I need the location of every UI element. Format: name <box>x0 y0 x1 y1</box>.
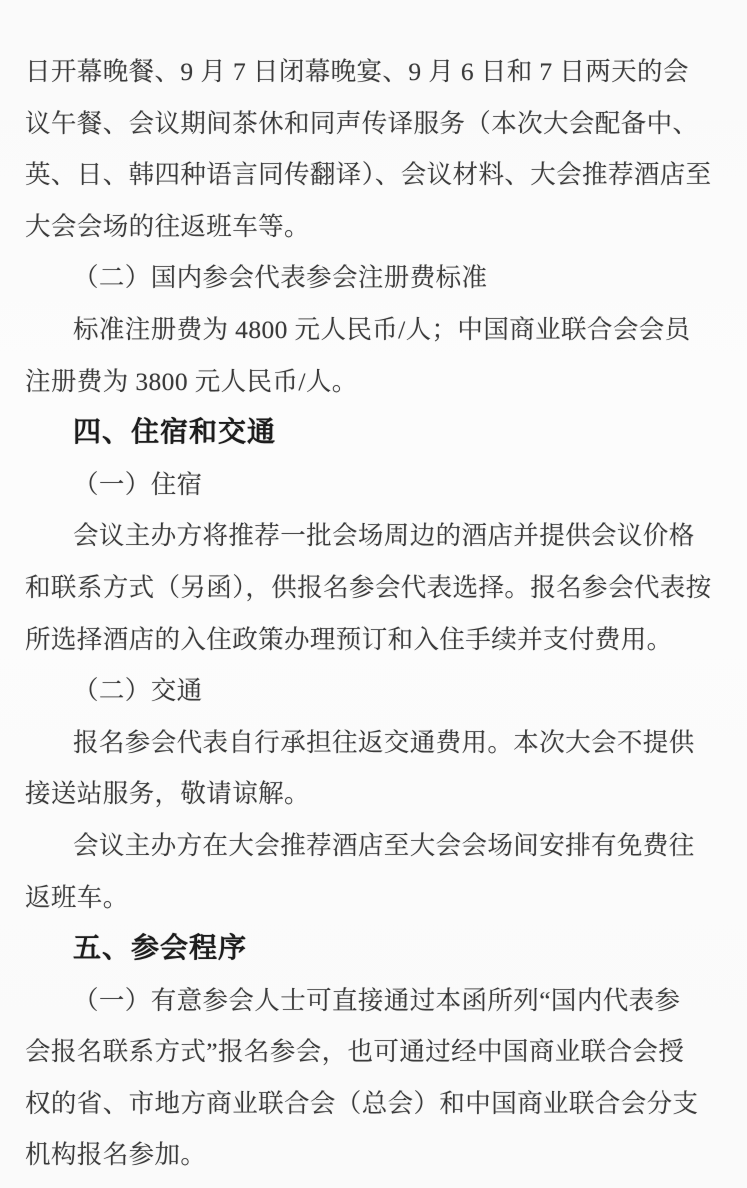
text-line: 会报名联系方式”报名参会，也可通过经中国商业联合会授 <box>25 1026 713 1078</box>
text-line: 会议主办方将推荐一批会场周边的酒店并提供会议价格 <box>25 510 713 562</box>
subsection-heading-accommodation: （一）住宿 <box>25 459 713 511</box>
document-page: 日开幕晚餐、9 月 7 日闭幕晚宴、9 月 6 日和 7 日两天的会 议午餐、会… <box>0 0 747 1188</box>
text-line: 会议主办方在大会推荐酒店至大会会场间安排有免费往 <box>25 820 713 872</box>
text-line: 注册费为 3800 元人民币/人。 <box>25 356 713 408</box>
text-line: 标准注册费为 4800 元人民币/人；中国商业联合会会员 <box>25 304 713 356</box>
text-line: 接送站服务，敬请谅解。 <box>25 768 713 820</box>
text-line: （一）有意参会人士可直接通过本函所列“国内代表参 <box>25 975 713 1027</box>
text-line: 和联系方式（另函），供报名参会代表选择。报名参会代表按 <box>25 562 713 614</box>
text-line: （二）国内参会代表参会注册费标准 <box>25 252 713 304</box>
text-line: 返班车。 <box>25 872 713 924</box>
text-line: 权的省、市地方商业联合会（总会）和中国商业联合会分支 <box>25 1078 713 1130</box>
text-line: 大会会场的往返班车等。 <box>25 201 713 253</box>
text-line: 议午餐、会议期间茶休和同声传译服务（本次大会配备中、 <box>25 98 713 150</box>
text-line: 机构报名参加。 <box>25 1129 713 1181</box>
subsection-heading-transport: （二）交通 <box>25 665 713 717</box>
text-line: 报名参会代表自行承担往返交通费用。本次大会不提供 <box>25 717 713 769</box>
text-line: 英、日、韩四种语言同传翻译）、会议材料、大会推荐酒店至 <box>25 149 713 201</box>
section-heading-accommodation-transport: 四、住宿和交通 <box>25 407 713 459</box>
text-line: 日开幕晚餐、9 月 7 日闭幕晚宴、9 月 6 日和 7 日两天的会 <box>25 46 713 98</box>
section-heading-participation-procedure: 五、参会程序 <box>25 923 713 975</box>
text-line: 所选择酒店的入住政策办理预订和入住手续并支付费用。 <box>25 614 713 666</box>
